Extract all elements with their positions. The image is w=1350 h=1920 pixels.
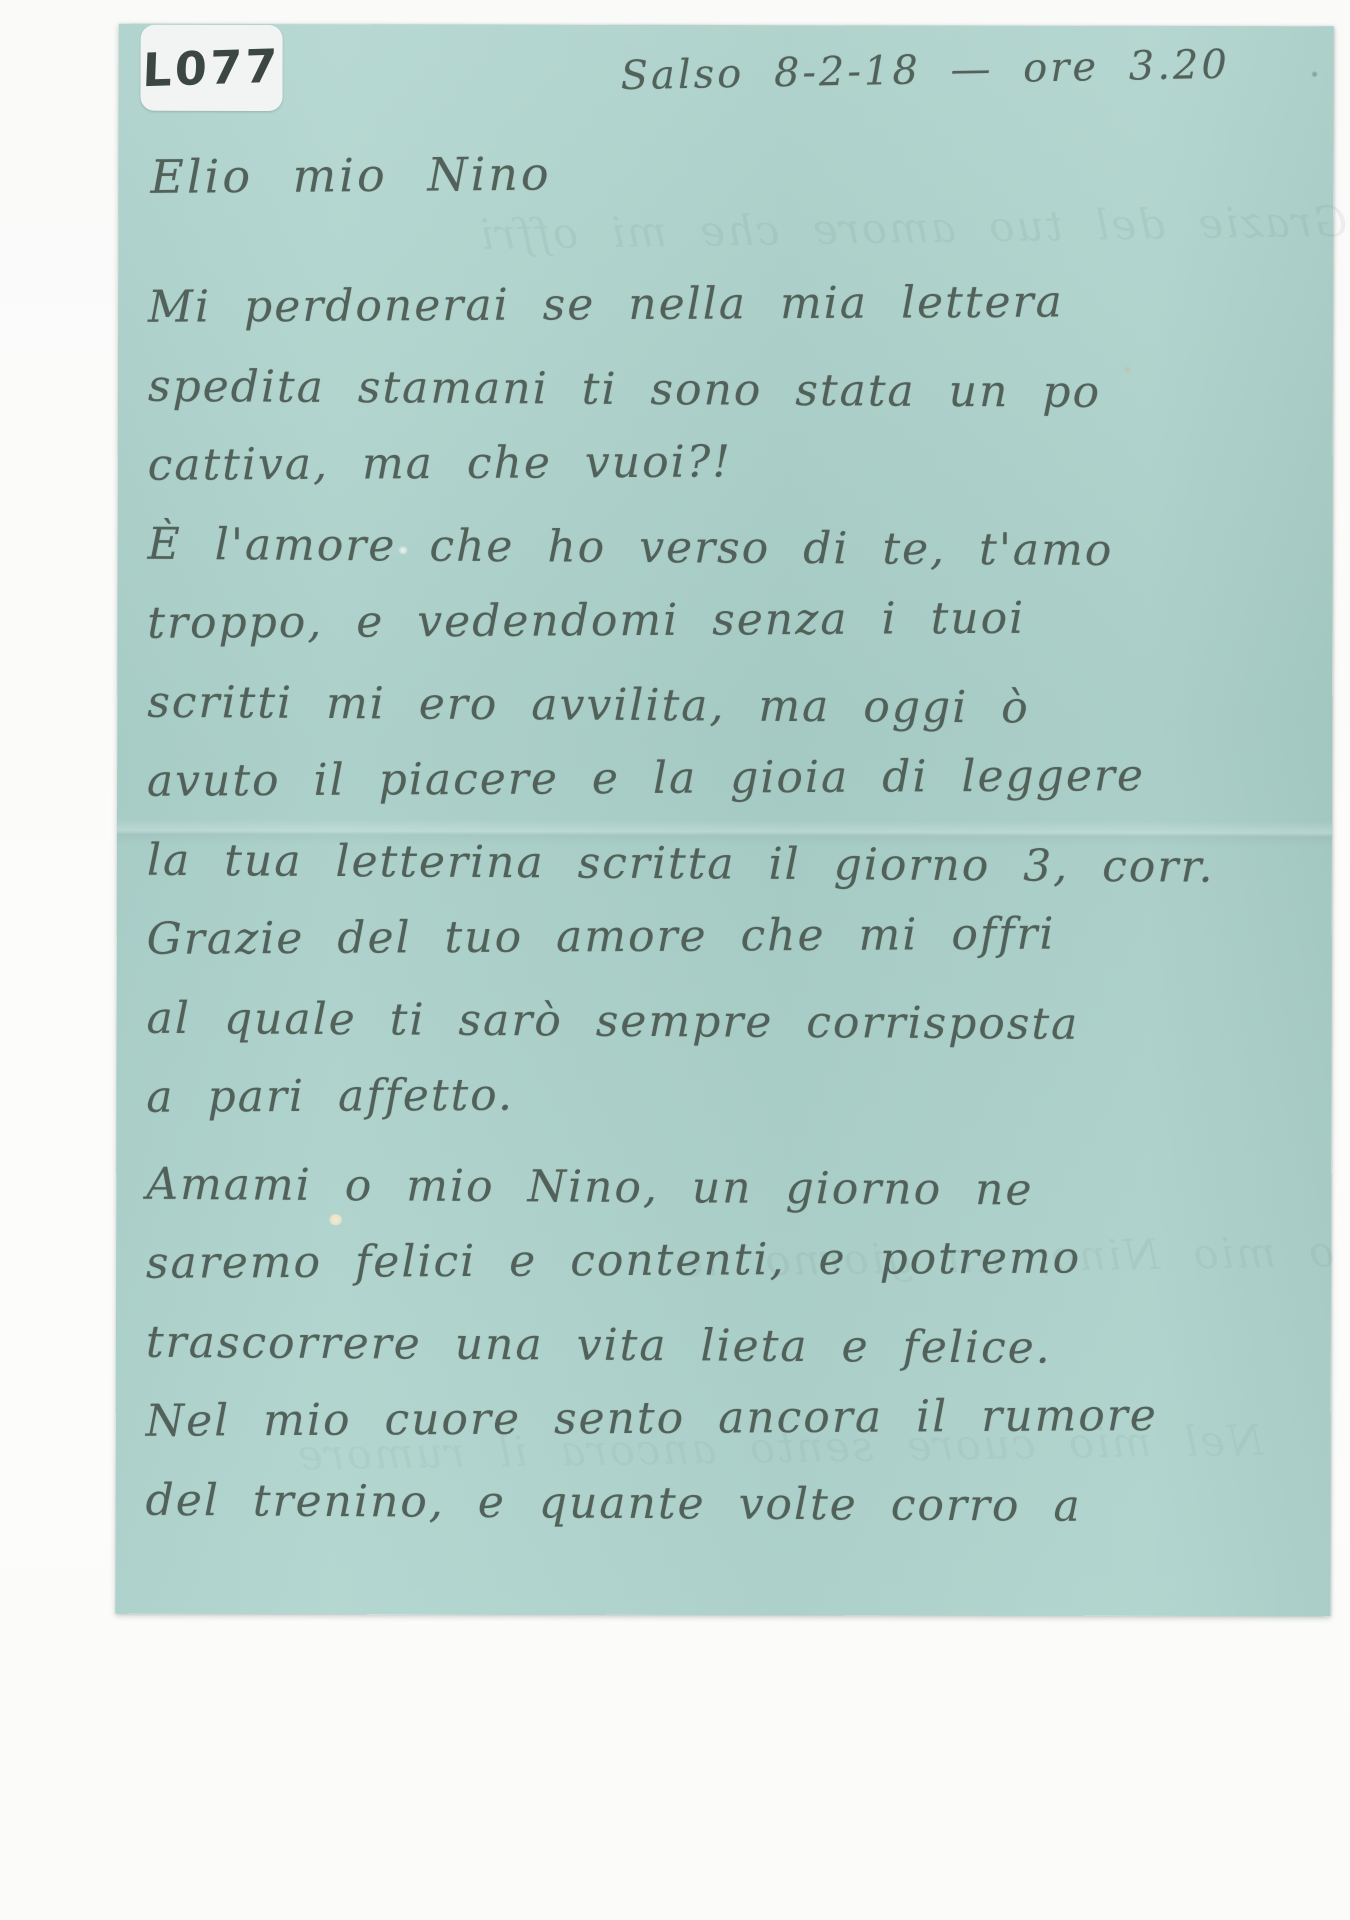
archive-label: L077 — [142, 39, 281, 98]
handwritten-line: cattiva, ma che vuoi?! — [147, 433, 1302, 519]
dateline: Salso 8-2-18 — ore 3.20 — [620, 42, 1230, 99]
handwritten-line: Grazie del tuo amore che mi offri — [146, 907, 1301, 993]
archive-label-sticker: L077 — [140, 25, 282, 111]
handwritten-line: avuto il piacere e la gioia di leggere — [147, 749, 1302, 835]
letter-body: Mi perdonerai se nella mia lettera spedi… — [145, 282, 1303, 1556]
scanner-background: L077 Salso 8-2-18 — ore 3.20 Elio mio Ni… — [0, 0, 1350, 1920]
handwritten-line: a pari affetto. — [146, 1065, 1301, 1151]
handwritten-line: Mi perdonerai se nella mia lettera — [148, 275, 1303, 361]
handwritten-line: Nel mio cuore sento ancora il rumore — [145, 1389, 1300, 1475]
letter-page: L077 Salso 8-2-18 — ore 3.20 Elio mio Ni… — [115, 24, 1333, 1617]
handwritten-line: troppo, e vedendomi senza i tuoi — [147, 591, 1302, 677]
paper-speck — [1312, 71, 1318, 77]
handwritten-line: del trenino, e quante volte corro a — [145, 1475, 1300, 1561]
ink-bleedthrough: Grazie del tuo amore che mi offri — [478, 197, 1348, 259]
handwritten-line: saremo felici e contenti, e potremo — [146, 1231, 1301, 1317]
salutation: Elio mio Nino — [150, 147, 552, 204]
